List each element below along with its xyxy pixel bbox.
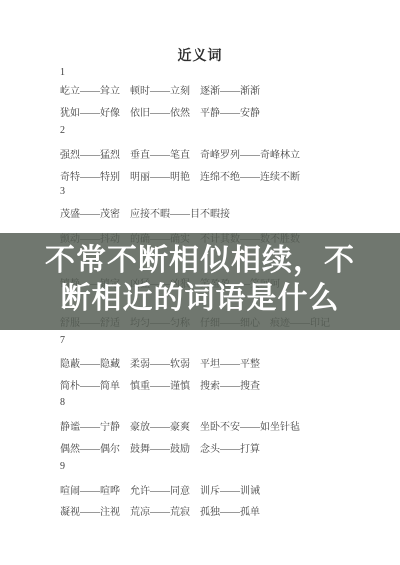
section-number-1: 1 bbox=[60, 67, 65, 78]
synonym-row: 茂盛——茂密 应接不暇——目不暇接 bbox=[60, 205, 230, 220]
watermark-caption: 不常不断相似相续，不 断相近的词语是什么 bbox=[0, 242, 400, 318]
section-number-9: 9 bbox=[60, 461, 65, 472]
section-number-8: 8 bbox=[60, 397, 65, 408]
synonym-row: 简朴——简单 慎重——谨慎 搜索——搜查 bbox=[60, 377, 260, 392]
synonym-row: 强烈——猛烈 垂直——笔直 奇峰罗列——奇峰林立 bbox=[60, 146, 300, 161]
page-title: 近义词 bbox=[0, 45, 400, 65]
synonym-row: 犹如——好像 依旧——依然 平静——安静 bbox=[60, 104, 260, 119]
section-number-3: 3 bbox=[60, 186, 65, 197]
worksheet-page: 近义词 1 屹立——耸立 顿时——立刻 逐渐——渐渐 犹如——好像 依旧——依然… bbox=[0, 0, 400, 565]
watermark-caption-line-1: 不常不断相似相续，不 bbox=[0, 242, 400, 280]
synonym-row: 偶然——偶尔 鼓舞——鼓励 念头——打算 bbox=[60, 440, 260, 455]
synonym-row: 静谧——宁静 豪放——豪爽 坐卧不安——如坐针毡 bbox=[60, 418, 300, 433]
section-number-2: 2 bbox=[60, 125, 65, 136]
synonym-row: 奇特——特别 明丽——明艳 连绵不绝——连续不断 bbox=[60, 168, 300, 183]
synonym-row: 隐蔽——隐藏 柔弱——软弱 平坦——平整 bbox=[60, 355, 260, 370]
synonym-row: 凝视——注视 荒凉——荒寂 孤独——孤单 bbox=[60, 503, 260, 518]
synonym-row: 喧闹——喧哗 允许——同意 训斥——训诫 bbox=[60, 482, 260, 497]
watermark-overlay-band: 不常不断相似相续，不 断相近的词语是什么 bbox=[0, 233, 400, 330]
watermark-caption-line-2: 断相近的词语是什么 bbox=[0, 280, 400, 318]
section-number-7: 7 bbox=[60, 335, 65, 346]
synonym-row: 屹立——耸立 顿时——立刻 逐渐——渐渐 bbox=[60, 82, 260, 97]
